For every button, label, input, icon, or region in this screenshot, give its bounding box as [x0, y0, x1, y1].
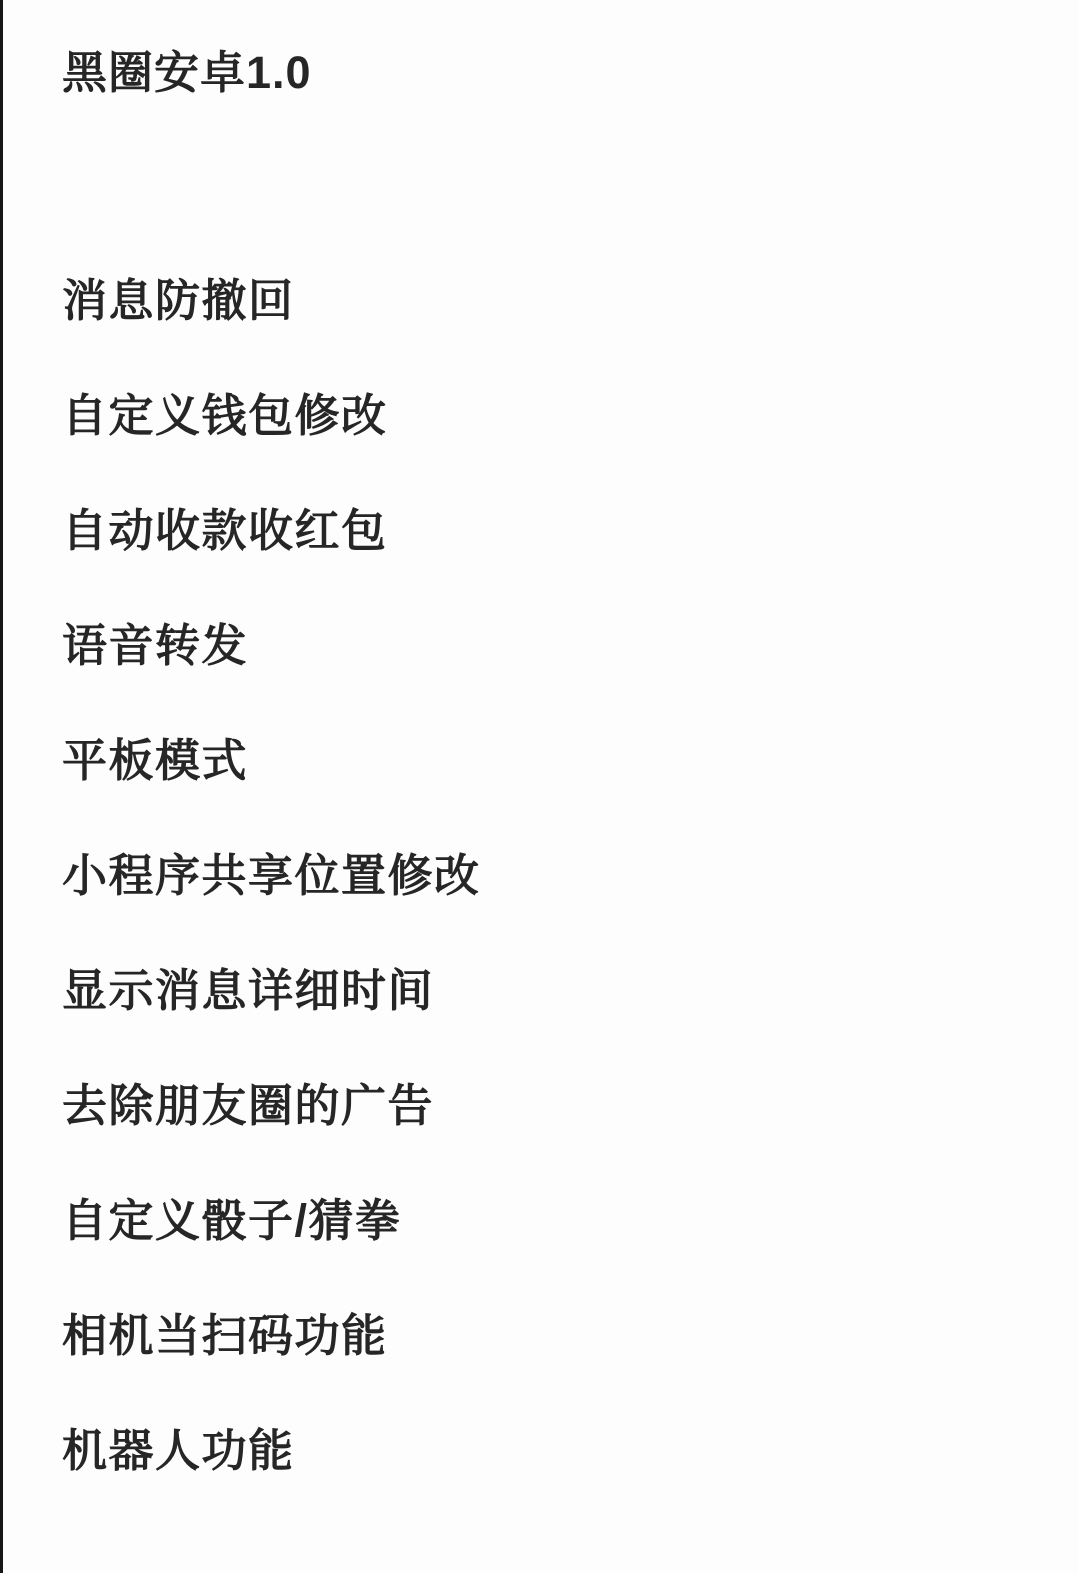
- feature-item-show-message-time: 显示消息详细时间: [62, 966, 434, 1016]
- feature-item-auto-receive-redpacket: 自动收款收红包: [62, 506, 388, 556]
- feature-item-tablet-mode: 平板模式: [62, 736, 248, 786]
- feature-item-remove-moments-ads: 去除朋友圈的广告: [62, 1081, 434, 1131]
- page: 黑圈安卓1.0 消息防撤回 自定义钱包修改 自动收款收红包 语音转发 平板模式 …: [0, 0, 1078, 1573]
- feature-list: 消息防撤回 自定义钱包修改 自动收款收红包 语音转发 平板模式 小程序共享位置修…: [0, 0, 1078, 1573]
- feature-item-camera-scan-code: 相机当扫码功能: [62, 1311, 388, 1361]
- feature-item-custom-wallet-edit: 自定义钱包修改: [62, 391, 388, 441]
- feature-item-message-anti-recall: 消息防撤回: [62, 276, 295, 326]
- feature-item-voice-forward: 语音转发: [62, 621, 248, 671]
- feature-item-robot-function: 机器人功能: [62, 1426, 295, 1476]
- feature-item-miniapp-location-edit: 小程序共享位置修改: [62, 851, 481, 901]
- feature-item-custom-dice-guess: 自定义骰子/猜拳: [62, 1196, 402, 1246]
